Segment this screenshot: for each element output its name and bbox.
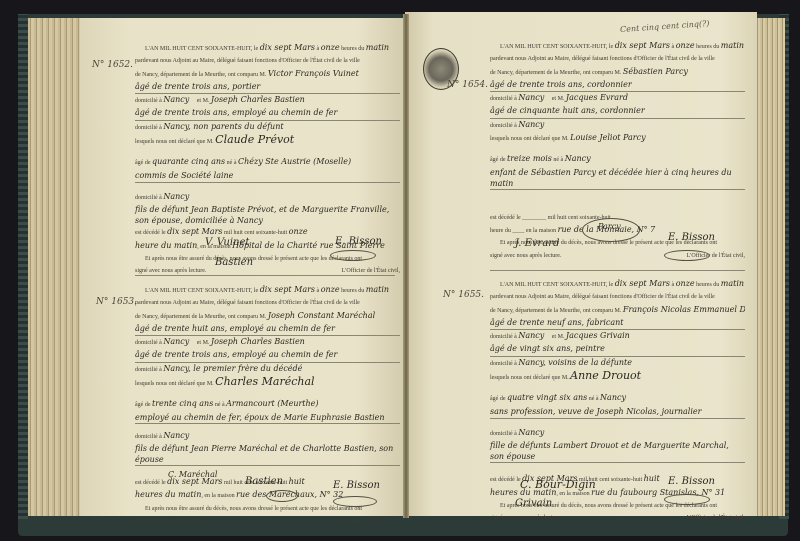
deceased-occupation: employé au chemin de fer, époux de Marie… bbox=[135, 412, 400, 424]
form-text: est décédé le bbox=[135, 230, 166, 236]
declarant-2-detail: âgé de trente trois ans, employé au chem… bbox=[135, 107, 400, 120]
form-text: lesquels nous ont déclaré que M. bbox=[490, 136, 569, 142]
form-text: heures du bbox=[341, 288, 364, 294]
form-text: signé avec nous après lecture. bbox=[135, 518, 206, 524]
form-text: âgé de bbox=[135, 402, 151, 408]
form-text: âgé de bbox=[135, 160, 151, 166]
form-text: né à bbox=[227, 160, 237, 166]
signature-flourish bbox=[664, 494, 710, 505]
act-period: matin bbox=[721, 279, 744, 288]
deceased-age: quatre vingt six ans bbox=[507, 393, 587, 402]
deceased-domicile: Nancy bbox=[163, 192, 189, 201]
form-text: de Nancy, département de la Meurthe, ont… bbox=[490, 308, 621, 314]
deceased-parents: fils de défunt Jean Baptiste Prévot, et … bbox=[135, 204, 400, 226]
declarant-2-detail: âgé de trente trois ans, employé au chem… bbox=[135, 349, 400, 362]
deceased-age: treize mois bbox=[507, 154, 552, 163]
form-text: domicilié à bbox=[135, 195, 162, 201]
book-cover-left-edge bbox=[18, 14, 28, 519]
deceased-domicile: Nancy bbox=[163, 431, 189, 440]
form-text: et M. bbox=[197, 340, 210, 346]
form-text: signé avec nous après lecture. bbox=[490, 253, 561, 259]
signature: J. Evrard bbox=[515, 238, 559, 249]
death-hour: onze bbox=[289, 227, 308, 236]
form-text: en la maison bbox=[559, 491, 589, 497]
form-text: domicilié à bbox=[135, 125, 162, 131]
form-text: heures du bbox=[696, 44, 719, 50]
deceased-age: quarante cinq ans bbox=[152, 157, 225, 166]
form-text: L'AN MIL HUIT CENT SOIXANTE-HUIT, le bbox=[145, 46, 258, 52]
page-stack-right bbox=[755, 18, 785, 516]
form-text: de Nancy, département de la Meurthe, ont… bbox=[135, 72, 266, 78]
deceased-birthplace: Nancy bbox=[600, 393, 626, 402]
declarant-1-name: François Nicolas Emmanuel Delatache bbox=[623, 305, 745, 314]
form-text: âgé de bbox=[490, 157, 506, 163]
act-hour: onze bbox=[321, 285, 340, 294]
form-text: mil huit cent soixante-huit bbox=[224, 230, 287, 236]
form-text: et M. bbox=[552, 96, 565, 102]
declarant-1-name: Sébastien Parcy bbox=[623, 67, 688, 76]
declarant-1-name: Joseph Constant Maréchal bbox=[268, 311, 375, 320]
signature-flourish bbox=[330, 250, 376, 261]
act-number: N° 1654. bbox=[447, 80, 488, 90]
act-period: matin bbox=[366, 43, 389, 52]
form-text: est décédé le bbox=[490, 215, 521, 221]
declarant-1-domicile: Nancy bbox=[163, 95, 189, 104]
declarant-2-name: Joseph Charles Bastien bbox=[211, 337, 305, 346]
declarant-2-name: Jacques Evrard bbox=[566, 93, 628, 102]
deceased-domicile: Nancy bbox=[518, 428, 544, 437]
deceased-name: Anne Drouot bbox=[570, 370, 641, 382]
officer-signature: E. Bisson bbox=[668, 476, 715, 487]
declarant-2-domicile: Nancy bbox=[518, 120, 544, 129]
form-text: domicilié à bbox=[490, 123, 517, 129]
act-number: N° 1652. bbox=[92, 60, 133, 70]
form-text: né à bbox=[553, 157, 563, 163]
form-text: L'Officier de l'État civil, bbox=[342, 515, 400, 527]
book-gutter bbox=[403, 14, 409, 518]
declarant-2-domicile: Nancy, voisins de la défunte bbox=[518, 358, 632, 367]
form-text: de Nancy, département de la Meurthe, ont… bbox=[135, 314, 266, 320]
act-number: N° 1655. bbox=[443, 290, 484, 300]
signature: C. Bour-Digin bbox=[520, 478, 596, 491]
declarant-1-detail: âgé de trente trois ans, cordonnier bbox=[490, 79, 745, 92]
form-text: signé avec nous après lecture. bbox=[135, 268, 206, 274]
act-date: dix sept Mars bbox=[260, 285, 315, 294]
form-text: est décédé le bbox=[135, 480, 166, 486]
act-date: dix sept Mars bbox=[615, 279, 670, 288]
form-text: lesquels nous ont déclaré que M. bbox=[135, 139, 214, 145]
form-text: heures du bbox=[341, 46, 364, 52]
form-text: né à bbox=[215, 402, 225, 408]
deceased-detail: enfant de Sébastien Parcy et décédée hie… bbox=[490, 167, 745, 190]
form-text: domicilié à bbox=[490, 431, 517, 437]
declarant-1-detail: âgé de trente trois ans, portier bbox=[135, 81, 400, 94]
declarant-2-domicile: Nancy, non parents du défunt bbox=[163, 122, 283, 131]
death-period: heures du matin bbox=[135, 490, 201, 499]
form-text: pardevant nous Adjoint au Maire, délégué… bbox=[490, 291, 745, 303]
signature: C. Maréchal bbox=[168, 470, 217, 479]
page-stack-left bbox=[28, 18, 80, 516]
declarant-2-detail: âgé de cinquante huit ans, cordonnier bbox=[490, 105, 745, 118]
act-hour: onze bbox=[676, 279, 695, 288]
declarant-1-domicile: Nancy bbox=[518, 93, 544, 102]
signature-flourish bbox=[333, 496, 377, 507]
form-text: lesquels nous ont déclaré que M. bbox=[135, 381, 214, 387]
deceased-parents: fille de défunts Lambert Drouot et de Ma… bbox=[490, 440, 745, 463]
signature-flourish bbox=[664, 250, 710, 261]
act-separator bbox=[135, 275, 395, 276]
form-text: en la maison bbox=[204, 493, 234, 499]
deceased-name: Charles Maréchal bbox=[215, 376, 314, 388]
form-text: pardevant nous Adjoint au Maire, délégué… bbox=[135, 55, 400, 67]
declarant-1-domicile: Nancy bbox=[518, 331, 544, 340]
form-text: et M. bbox=[552, 334, 565, 340]
act-date: dix sept Mars bbox=[260, 43, 315, 52]
declarant-1-name: Victor François Vuinet bbox=[268, 69, 359, 78]
form-text: domicilié à bbox=[135, 434, 162, 440]
declarant-1-domicile: Nancy bbox=[163, 337, 189, 346]
form-text: heure du bbox=[490, 228, 511, 234]
deceased-detail: sans profession, veuve de Joseph Nicolas… bbox=[490, 406, 745, 419]
form-text: né à bbox=[589, 396, 599, 402]
form-text: L'AN MIL HUIT CENT SOIXANTE-HUIT, le bbox=[500, 282, 613, 288]
form-text: domicilié à bbox=[490, 96, 517, 102]
deceased-birthplace: Chézy Ste Austrie (Moselle) bbox=[238, 157, 351, 166]
signature: Bastien bbox=[245, 476, 283, 487]
form-text: en la maison bbox=[526, 228, 556, 234]
form-text: est décédé le bbox=[490, 477, 521, 483]
act-date: dix sept Mars bbox=[615, 41, 670, 50]
officer-signature: E. Bisson bbox=[668, 232, 715, 243]
form-text: L'Officier de l'État civil, bbox=[687, 512, 745, 524]
deceased-name: Claude Prévot bbox=[215, 134, 294, 146]
signature: Grivain bbox=[515, 498, 552, 509]
deceased-age: trente cinq ans bbox=[152, 399, 213, 408]
deceased-name: Louise Jeliot Parcy bbox=[570, 133, 645, 142]
act-period: matin bbox=[721, 41, 744, 50]
declarant-2-detail: âgé de vingt six ans, peintre bbox=[490, 343, 745, 356]
act-period: matin bbox=[366, 285, 389, 294]
deceased-parents: fils de défunt Jean Pierre Maréchal et d… bbox=[135, 443, 400, 466]
form-text: domicilié à bbox=[135, 340, 162, 346]
death-hour: huit bbox=[644, 474, 660, 483]
form-text: lesquels nous ont déclaré que M. bbox=[490, 375, 569, 381]
death-period: heure du matin bbox=[135, 241, 197, 250]
form-text: domicilié à bbox=[135, 367, 162, 373]
death-hour: huit bbox=[289, 477, 305, 486]
officer-signature: E. Bisson bbox=[335, 236, 382, 247]
signature-flourish bbox=[582, 218, 640, 242]
form-text: signé avec nous après lecture. bbox=[490, 515, 561, 521]
signature: V. Vuinet bbox=[205, 237, 249, 248]
act-number: N° 1653. bbox=[96, 297, 137, 307]
declarant-2-name: Joseph Charles Bastien bbox=[211, 95, 305, 104]
form-text: L'AN MIL HUIT CENT SOIXANTE-HUIT, le bbox=[145, 288, 258, 294]
signature-flourish bbox=[266, 490, 298, 502]
act-hour: onze bbox=[676, 41, 695, 50]
form-text: domicilié à bbox=[490, 361, 517, 367]
form-text: pardevant nous Adjoint au Maire, délégué… bbox=[135, 297, 400, 309]
declarant-2-domicile: Nancy, le premier frère du décédé bbox=[163, 364, 302, 373]
form-text: domicilié à bbox=[135, 98, 162, 104]
death-date: dix sept Mars bbox=[167, 227, 222, 236]
deceased-birthplace: Nancy bbox=[565, 154, 591, 163]
form-text: de Nancy, département de la Meurthe, ont… bbox=[490, 70, 621, 76]
deceased-birthplace: Armancourt (Meurthe) bbox=[226, 399, 318, 408]
form-text: âgé de bbox=[490, 396, 506, 402]
form-text: domicilié à bbox=[490, 334, 517, 340]
declarant-1-detail: âgé de trente huit ans, employé au chemi… bbox=[135, 323, 400, 336]
form-text: heures du bbox=[696, 282, 719, 288]
act-hour: onze bbox=[321, 43, 340, 52]
form-text: et M. bbox=[197, 98, 210, 104]
act-separator bbox=[490, 270, 745, 271]
declarant-1-detail: âgé de trente neuf ans, fabricant bbox=[490, 317, 745, 330]
form-text: pardevant nous Adjoint au Maire, délégué… bbox=[490, 53, 745, 65]
form-text: L'AN MIL HUIT CENT SOIXANTE-HUIT, le bbox=[500, 44, 613, 50]
deceased-occupation: commis de Société laine bbox=[135, 170, 400, 183]
officer-signature: E. Bisson bbox=[333, 480, 380, 491]
signature: Bastien bbox=[215, 257, 253, 268]
declarant-2-name: Jacques Grivain bbox=[566, 331, 630, 340]
